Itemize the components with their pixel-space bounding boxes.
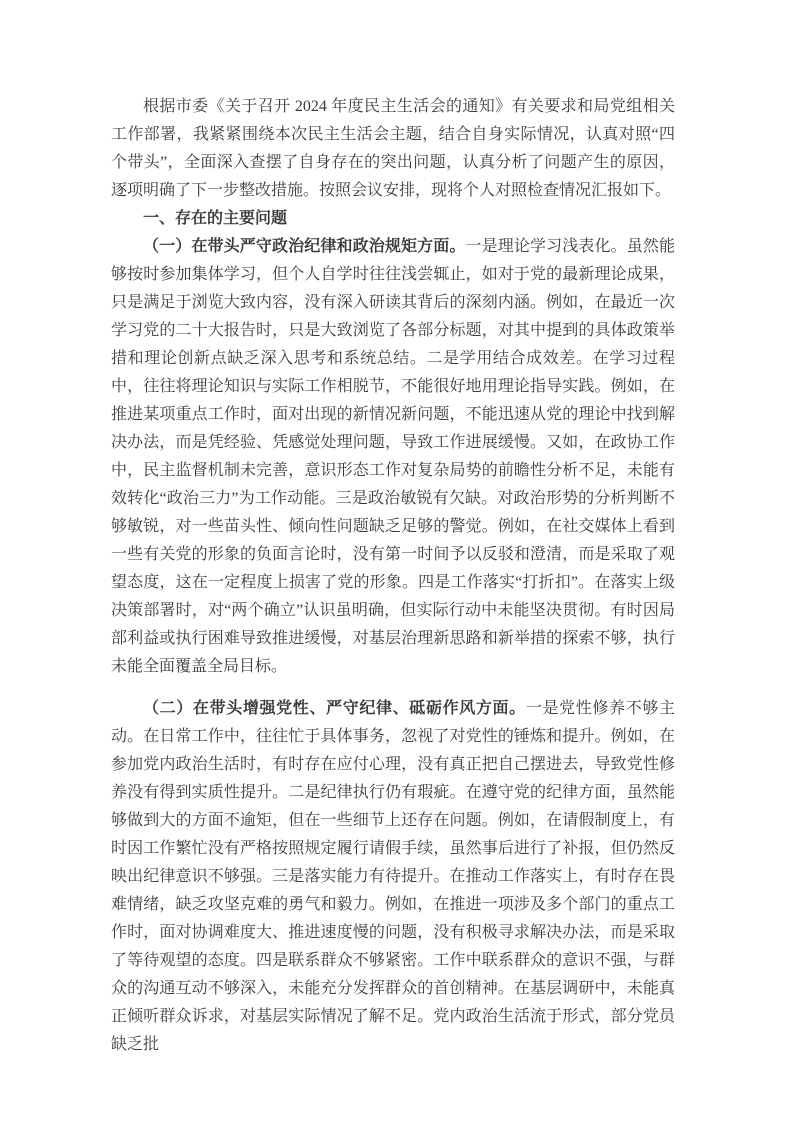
intro-paragraph: 根据市委《关于召开 2024 年度民主生活会的通知》有关要求和局党组相关工作部署…: [111, 93, 675, 205]
issue-paragraph-1: （一）在带头严守政治纪律和政治规矩方面。一是理论学习浅表化。虽然能够按时参加集体…: [111, 233, 675, 681]
document-content: 根据市委《关于召开 2024 年度民主生活会的通知》有关要求和局党组相关工作部署…: [111, 93, 675, 1059]
section-heading: 一、存在的主要问题: [111, 205, 675, 233]
issue-1-body: 一是理论学习浅表化。虽然能够按时参加集体学习，但个人自学时往往浅尝辄止，如对于党…: [111, 238, 675, 675]
issue-1-lead: （一）在带头严守政治纪律和政治规矩方面。: [143, 238, 465, 255]
issue-2-lead: （二）在带头增强党性、严守纪律、砥砺作风方面。: [143, 700, 526, 717]
issue-paragraph-2: （二）在带头增强党性、严守纪律、砥砺作风方面。一是党性修养不够主动。在日常工作中…: [111, 695, 675, 1059]
issue-2-body: 一是党性修养不够主动。在日常工作中，往往忙于具体事务，忽视了对党性的锤炼和提升。…: [111, 700, 675, 1053]
document-page: 根据市委《关于召开 2024 年度民主生活会的通知》有关要求和局党组相关工作部署…: [0, 0, 793, 1122]
